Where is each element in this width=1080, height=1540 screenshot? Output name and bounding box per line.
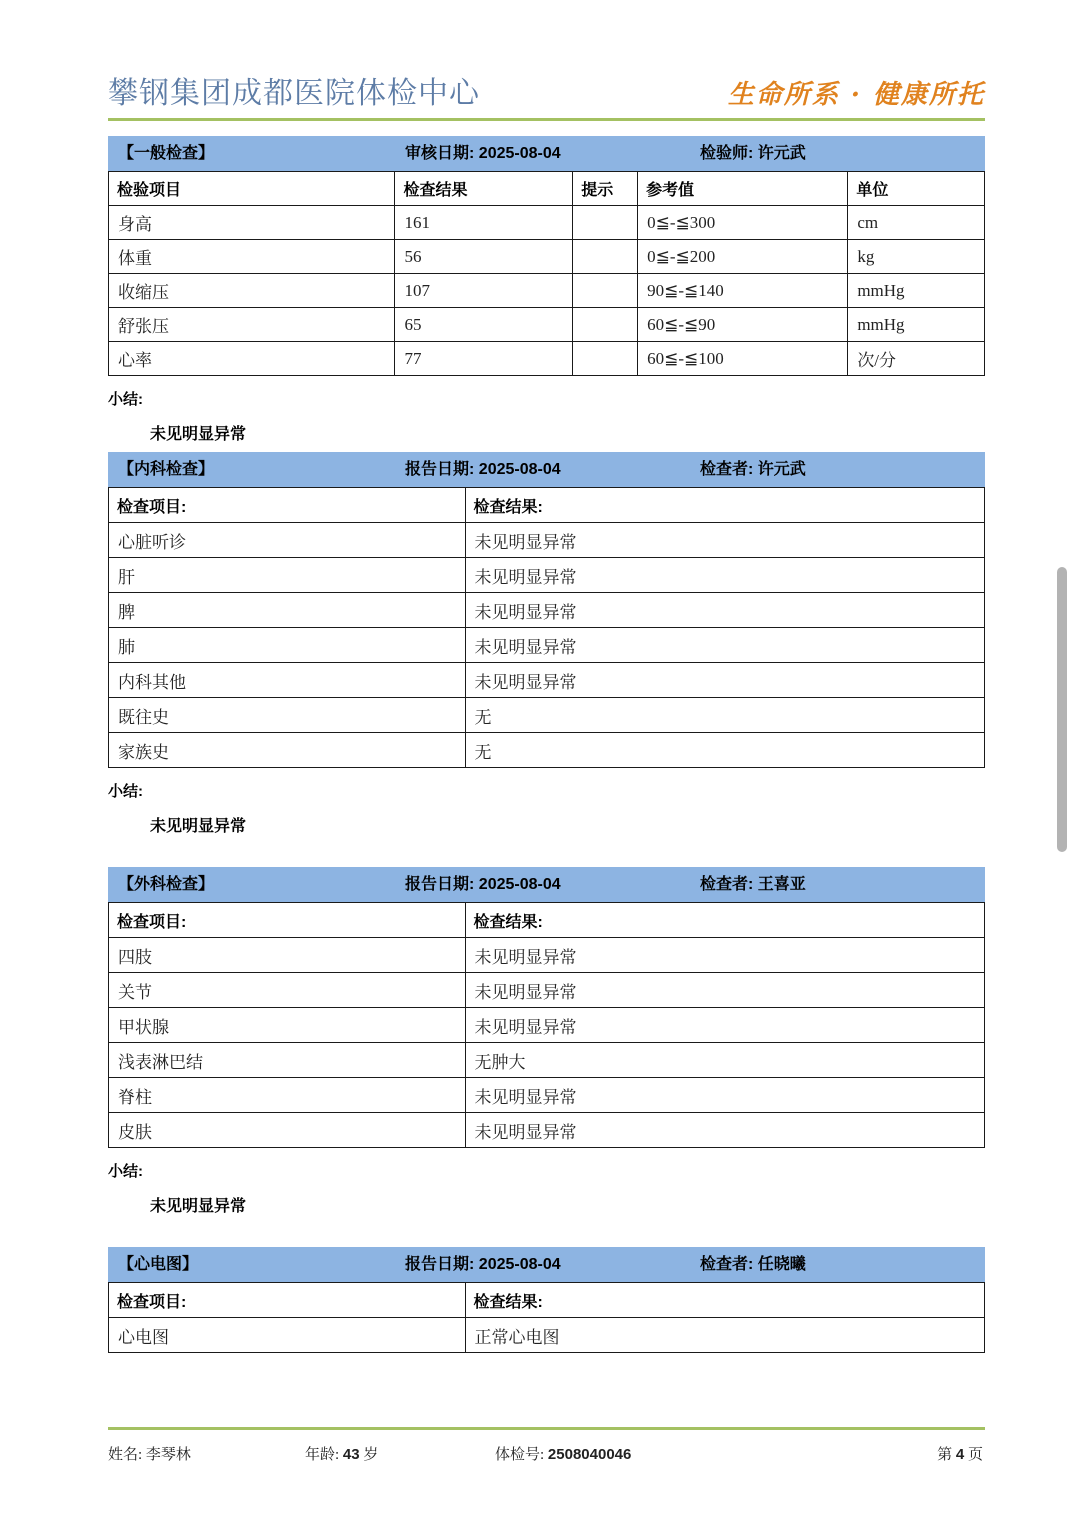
page-footer: 姓名: 李琴林 年龄: 43 岁 体检号: 2508040046 第 4 页 bbox=[108, 1443, 985, 1465]
summary-text: 未见明显异常 bbox=[150, 813, 985, 836]
table-cell: 未见明显异常 bbox=[465, 938, 984, 973]
table-cell: 肺 bbox=[109, 628, 466, 663]
table-row: 脾未见明显异常 bbox=[109, 593, 985, 628]
general-exam-table: 检验项目检查结果提示参考值单位身高1610≦-≦300cm体重560≦-≦200… bbox=[108, 171, 985, 376]
table-header-row: 检查项目:检查结果: bbox=[109, 903, 985, 938]
patient-age: 年龄: 43 岁 bbox=[305, 1443, 378, 1464]
table-cell: 未见明显异常 bbox=[465, 1113, 984, 1148]
table-cell: kg bbox=[848, 240, 985, 274]
table-cell: 60≦-≦90 bbox=[638, 308, 848, 342]
summary-text: 未见明显异常 bbox=[150, 1193, 985, 1216]
table-cell: 未见明显异常 bbox=[465, 593, 984, 628]
column-header: 检查项目: bbox=[109, 1283, 466, 1318]
table-cell: 关节 bbox=[109, 973, 466, 1008]
table-cell: cm bbox=[848, 206, 985, 240]
table-cell: 77 bbox=[395, 342, 573, 376]
table-row: 肺未见明显异常 bbox=[109, 628, 985, 663]
examiner: 检验师: 许元武 bbox=[700, 136, 806, 171]
footer-divider bbox=[108, 1427, 985, 1430]
table-cell: 内科其他 bbox=[109, 663, 466, 698]
summary-label: 小结: bbox=[108, 388, 985, 409]
header-divider bbox=[108, 118, 985, 121]
table-cell: 56 bbox=[395, 240, 573, 274]
table-cell bbox=[573, 240, 638, 274]
hospital-name: 攀钢集团成都医院体检中心 bbox=[108, 76, 480, 112]
internal-exam-table: 检查项目:检查结果:心脏听诊未见明显异常肝未见明显异常脾未见明显异常肺未见明显异… bbox=[108, 487, 985, 768]
table-cell bbox=[573, 274, 638, 308]
table-cell: 60≦-≦100 bbox=[638, 342, 848, 376]
table-cell: 次/分 bbox=[848, 342, 985, 376]
report-date: 报告日期: 2025-08-04 bbox=[405, 867, 561, 902]
table-cell: 0≦-≦300 bbox=[638, 206, 848, 240]
table-row: 舒张压6560≦-≦90mmHg bbox=[109, 308, 985, 342]
report-page: 攀钢集团成都医院体检中心 生命所系 · 健康所托 【一般检查】 审核日期: 20… bbox=[108, 76, 985, 1465]
report-date: 报告日期: 2025-08-04 bbox=[405, 1247, 561, 1282]
table-row: 既往史无 bbox=[109, 698, 985, 733]
table-row: 家族史无 bbox=[109, 733, 985, 768]
table-cell: 未见明显异常 bbox=[465, 663, 984, 698]
table-row: 四肢未见明显异常 bbox=[109, 938, 985, 973]
section-title: 【内科检查】 bbox=[118, 452, 214, 487]
vertical-scrollbar-thumb[interactable] bbox=[1057, 567, 1067, 852]
table-cell: 161 bbox=[395, 206, 573, 240]
table-cell: mmHg bbox=[848, 274, 985, 308]
table-cell: 无肿大 bbox=[465, 1043, 984, 1078]
column-header: 检查结果: bbox=[465, 903, 984, 938]
audit-date: 审核日期: 2025-08-04 bbox=[405, 136, 561, 171]
table-row: 甲状腺未见明显异常 bbox=[109, 1008, 985, 1043]
column-header: 参考值 bbox=[638, 172, 848, 206]
table-cell: 正常心电图 bbox=[465, 1318, 984, 1353]
table-cell: 家族史 bbox=[109, 733, 466, 768]
table-cell bbox=[573, 206, 638, 240]
examiner: 检查者: 王喜亚 bbox=[700, 867, 806, 902]
table-cell: 四肢 bbox=[109, 938, 466, 973]
column-header: 检查结果: bbox=[465, 1283, 984, 1318]
page-number: 第 4 页 bbox=[937, 1443, 983, 1464]
table-row: 皮肤未见明显异常 bbox=[109, 1113, 985, 1148]
examiner: 检查者: 许元武 bbox=[700, 452, 806, 487]
table-header-row: 检验项目检查结果提示参考值单位 bbox=[109, 172, 985, 206]
section-header-bar: 【一般检查】 审核日期: 2025-08-04 检验师: 许元武 bbox=[108, 136, 985, 171]
summary-label: 小结: bbox=[108, 780, 985, 801]
table-cell: 无 bbox=[465, 698, 984, 733]
table-header-row: 检查项目:检查结果: bbox=[109, 488, 985, 523]
table-row: 内科其他未见明显异常 bbox=[109, 663, 985, 698]
table-row: 心率7760≦-≦100次/分 bbox=[109, 342, 985, 376]
table-cell: 舒张压 bbox=[109, 308, 395, 342]
table-cell: 皮肤 bbox=[109, 1113, 466, 1148]
section-header-bar: 【心电图】 报告日期: 2025-08-04 检查者: 任晓曦 bbox=[108, 1247, 985, 1282]
table-cell bbox=[573, 342, 638, 376]
table-cell: 未见明显异常 bbox=[465, 1008, 984, 1043]
section-header-bar: 【内科检查】 报告日期: 2025-08-04 检查者: 许元武 bbox=[108, 452, 985, 487]
column-header: 检查项目: bbox=[109, 488, 466, 523]
table-cell: 未见明显异常 bbox=[465, 1078, 984, 1113]
table-row: 心电图正常心电图 bbox=[109, 1318, 985, 1353]
table-cell: 脾 bbox=[109, 593, 466, 628]
column-header: 检查项目: bbox=[109, 903, 466, 938]
column-header: 检查结果 bbox=[395, 172, 573, 206]
table-row: 脊柱未见明显异常 bbox=[109, 1078, 985, 1113]
section-title: 【心电图】 bbox=[118, 1247, 198, 1282]
table-cell: 90≦-≦140 bbox=[638, 274, 848, 308]
section-header-bar: 【外科检查】 报告日期: 2025-08-04 检查者: 王喜亚 bbox=[108, 867, 985, 902]
table-cell: 心电图 bbox=[109, 1318, 466, 1353]
table-cell: 身高 bbox=[109, 206, 395, 240]
summary-label: 小结: bbox=[108, 1160, 985, 1181]
table-cell: mmHg bbox=[848, 308, 985, 342]
section-title: 【一般检查】 bbox=[118, 136, 214, 171]
exam-number: 体检号: 2508040046 bbox=[495, 1443, 631, 1464]
table-row: 体重560≦-≦200kg bbox=[109, 240, 985, 274]
table-row: 肝未见明显异常 bbox=[109, 558, 985, 593]
table-cell: 无 bbox=[465, 733, 984, 768]
report-date: 报告日期: 2025-08-04 bbox=[405, 452, 561, 487]
table-cell: 浅表淋巴结 bbox=[109, 1043, 466, 1078]
table-row: 收缩压10790≦-≦140mmHg bbox=[109, 274, 985, 308]
table-cell: 体重 bbox=[109, 240, 395, 274]
hospital-slogan: 生命所系 · 健康所托 bbox=[728, 78, 985, 112]
section-title: 【外科检查】 bbox=[118, 867, 214, 902]
table-header-row: 检查项目:检查结果: bbox=[109, 1283, 985, 1318]
table-cell: 心率 bbox=[109, 342, 395, 376]
table-cell: 肝 bbox=[109, 558, 466, 593]
table-cell: 甲状腺 bbox=[109, 1008, 466, 1043]
table-row: 浅表淋巴结无肿大 bbox=[109, 1043, 985, 1078]
table-cell: 107 bbox=[395, 274, 573, 308]
section-general-exam: 【一般检查】 审核日期: 2025-08-04 检验师: 许元武 检验项目检查结… bbox=[108, 136, 985, 444]
section-internal-exam: 【内科检查】 报告日期: 2025-08-04 检查者: 许元武 检查项目:检查… bbox=[108, 452, 985, 836]
section-ecg: 【心电图】 报告日期: 2025-08-04 检查者: 任晓曦 检查项目:检查结… bbox=[108, 1247, 985, 1353]
table-cell: 收缩压 bbox=[109, 274, 395, 308]
column-header: 检查结果: bbox=[465, 488, 984, 523]
column-header: 检验项目 bbox=[109, 172, 395, 206]
table-cell: 未见明显异常 bbox=[465, 558, 984, 593]
section-surgery-exam: 【外科检查】 报告日期: 2025-08-04 检查者: 王喜亚 检查项目:检查… bbox=[108, 867, 985, 1216]
table-row: 关节未见明显异常 bbox=[109, 973, 985, 1008]
patient-name: 姓名: 李琴林 bbox=[108, 1443, 191, 1464]
table-cell bbox=[573, 308, 638, 342]
summary-text: 未见明显异常 bbox=[150, 421, 985, 444]
table-cell: 既往史 bbox=[109, 698, 466, 733]
ecg-table: 检查项目:检查结果:心电图正常心电图 bbox=[108, 1282, 985, 1353]
masthead: 攀钢集团成都医院体检中心 生命所系 · 健康所托 bbox=[108, 76, 985, 112]
table-cell: 脊柱 bbox=[109, 1078, 466, 1113]
table-cell: 0≦-≦200 bbox=[638, 240, 848, 274]
table-cell: 未见明显异常 bbox=[465, 628, 984, 663]
examiner: 检查者: 任晓曦 bbox=[700, 1247, 806, 1282]
table-cell: 心脏听诊 bbox=[109, 523, 466, 558]
column-header: 单位 bbox=[848, 172, 985, 206]
table-cell: 65 bbox=[395, 308, 573, 342]
table-cell: 未见明显异常 bbox=[465, 973, 984, 1008]
surgery-exam-table: 检查项目:检查结果:四肢未见明显异常关节未见明显异常甲状腺未见明显异常浅表淋巴结… bbox=[108, 902, 985, 1148]
table-row: 心脏听诊未见明显异常 bbox=[109, 523, 985, 558]
table-row: 身高1610≦-≦300cm bbox=[109, 206, 985, 240]
column-header: 提示 bbox=[573, 172, 638, 206]
table-cell: 未见明显异常 bbox=[465, 523, 984, 558]
